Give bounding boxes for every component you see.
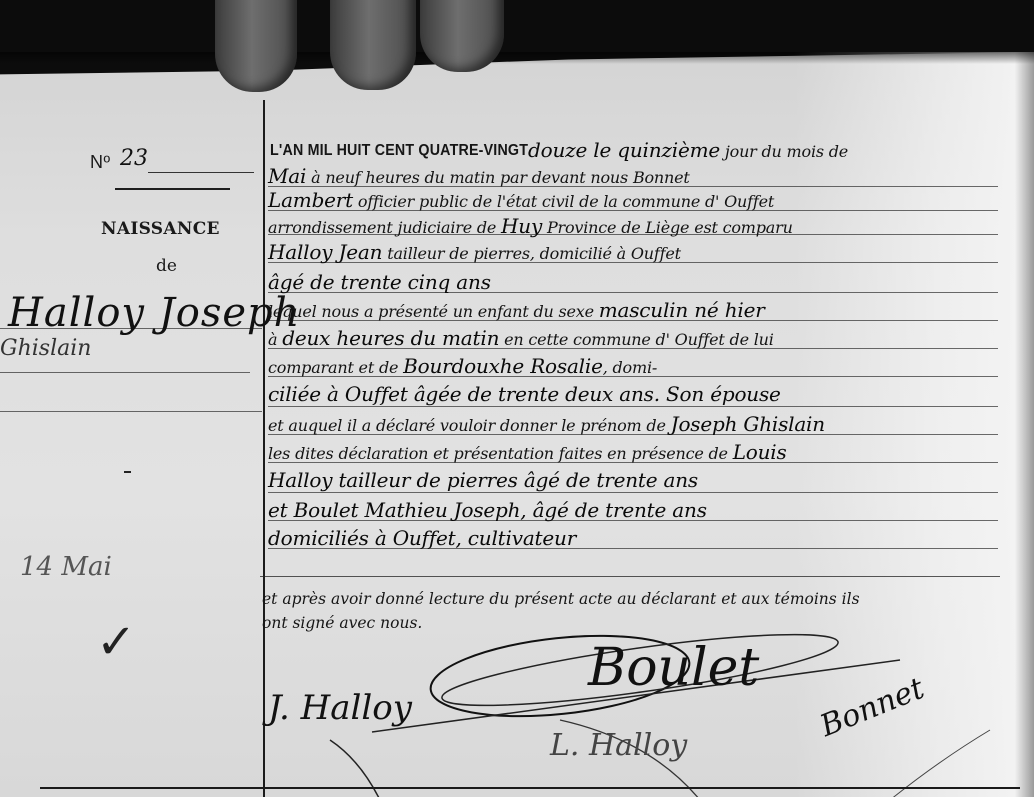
section-de: de <box>156 256 177 276</box>
record-line-9: comparant et de Bourdouxhe Rosalie, domi… <box>268 354 657 378</box>
printed-heading: L'AN MIL HUIT CENT QUATRE-VINGT <box>270 142 528 160</box>
record-line-1: douze le quinzième jour du mois de <box>528 138 848 162</box>
record-line-10: ciliée à Ouffet âgée de trente deux ans.… <box>268 382 781 406</box>
finger-2 <box>330 0 416 90</box>
record-line-5: Halloy Jean tailleur de pierres, domicil… <box>268 240 681 264</box>
closing-line-2: ont signé avec nous. <box>262 614 422 632</box>
bottom-rule <box>40 787 1020 789</box>
section-title: NAISSANCE <box>101 219 220 239</box>
ledger-line <box>268 406 998 407</box>
signature-declarant: J. Halloy <box>268 688 412 728</box>
margin-annotation-date: 14 Mai <box>20 552 112 582</box>
record-line-8: à deux heures du matin en cette commune … <box>268 326 774 350</box>
margin-line <box>0 411 262 412</box>
record-line-15: domiciliés à Ouffet, cultivateur <box>268 526 576 550</box>
column-divider <box>263 100 265 797</box>
signature-witness-1: L. Halloy <box>550 728 687 763</box>
ledger-line <box>268 492 998 493</box>
record-line-4: arrondissement judiciaire de Huy Provinc… <box>268 214 793 238</box>
section-separator <box>260 576 1000 577</box>
signature-witness-2: Boulet <box>588 638 759 698</box>
finger-1 <box>215 0 297 92</box>
record-line-3: Lambert officier public de l'état civil … <box>268 188 774 212</box>
margin-line <box>0 372 250 373</box>
record-line-12: les dites déclaration et présentation fa… <box>268 440 787 464</box>
record-line-2: Mai à neuf heures du matin par devant no… <box>268 164 690 188</box>
closing-line-1: et après avoir donné lecture du présent … <box>262 590 860 608</box>
record-line-14: et Boulet Mathieu Joseph, âgé de trente … <box>268 498 707 522</box>
child-name: Halloy Joseph <box>8 290 300 336</box>
record-line-13: Halloy tailleur de pierres âgé de trente… <box>268 468 698 492</box>
record-line-7: lequel nous a présenté un enfant du sexe… <box>268 298 765 322</box>
record-line-6: âgé de trente cinq ans <box>268 270 491 294</box>
margin-dash <box>124 471 131 473</box>
record-number-underline <box>148 172 254 173</box>
child-second-name: Ghislain <box>0 336 91 361</box>
record-number-rule <box>115 188 230 190</box>
finger-3 <box>420 0 504 72</box>
check-mark-icon: ✓ <box>96 614 136 670</box>
record-number-value: 23 <box>120 146 148 171</box>
record-line-11: et auquel il a déclaré vouloir donner le… <box>268 412 825 436</box>
record-number-label: Nº <box>90 152 111 173</box>
holding-hand <box>205 0 545 100</box>
